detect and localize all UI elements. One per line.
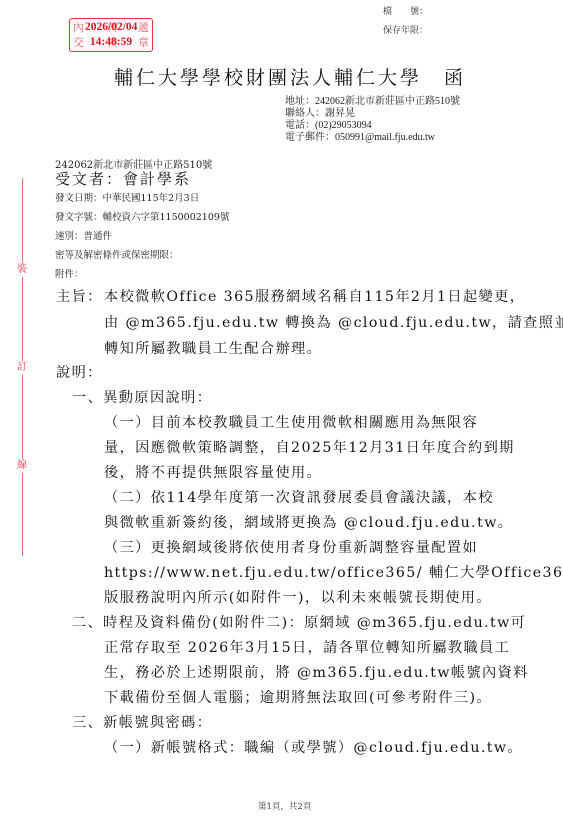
section-line: （二）依114學年度第一次資訊發展委員會議決議，本校 [104, 486, 494, 512]
stamp-right-column: 遞 章 [137, 20, 150, 50]
subject-line: 由 @m365.fju.edu.tw 轉換為 @cloud.fju.edu.tw… [104, 311, 563, 337]
section-heading: 三、新帳號與密碼： [72, 711, 212, 737]
retention-period-label: 保存年限： [383, 22, 428, 41]
section-line: 正常存取至 2026年3月15日，請各單位轉知所屬教職員工 [104, 636, 510, 662]
contact-person: 聯絡人：謝昇晃 [285, 108, 460, 120]
subject-line: 本校微軟Office 365服務網域名稱自115年2月1日起變更， [104, 285, 525, 311]
sender-address: 地址：242062新北市新莊區中正路510號 [285, 96, 460, 108]
stamp-char: 章 [137, 35, 150, 50]
section-line: （一）新帳號格式：職編（或學號）@cloud.fju.edu.tw。 [104, 736, 523, 762]
section-line: （一）目前本校教職員工生使用微軟相關應用為無限容 [104, 411, 478, 437]
issue-number: 發文字號：輔校資六字第1150002109號 [55, 208, 229, 228]
binding-mark-xian: 線 [15, 459, 29, 473]
issue-date: 發文日期：中華民國115年2月3日 [55, 189, 199, 209]
file-number-label: 檔 號： [383, 3, 428, 22]
contact-email: 電子郵件：050991@mail.fju.edu.tw [285, 132, 460, 144]
contact-phone: 電話：(02)29053094 [285, 120, 460, 132]
document-title: 輔仁大學學校財團法人輔仁大學 函 [114, 63, 466, 90]
section-line: （三）更換網域後將依使用者身份重新調整容量配置如 [104, 536, 478, 562]
urgency: 速別：普通件 [55, 227, 112, 247]
sender-contact: 地址：242062新北市新莊區中正路510號 聯絡人：謝昇晃 電話：(02)29… [285, 96, 460, 144]
section-line: 版服務說明內所示(如附件一)，以利未來帳號長期使用。 [104, 586, 492, 612]
recipient: 受文者：會計學系 [55, 168, 191, 189]
stamp-time: 14:48:59 [85, 35, 137, 50]
section-line: 與微軟重新簽約後，網域將更換為 @cloud.fju.edu.tw。 [104, 511, 513, 537]
subject-line: 轉知所屬教職員工生配合辦理。 [104, 337, 322, 363]
binding-mark-zhuang: 裝 [15, 263, 29, 277]
binding-mark-ding: 訂 [15, 361, 29, 375]
stamp-date: 2026/02/04 [85, 20, 137, 35]
explanation-label: 說明： [56, 361, 103, 387]
stamp-datetime: 2026/02/04 14:48:59 [85, 20, 137, 50]
receipt-stamp: 內 交 轉 換 2026/02/04 14:48:59 遞 章 [69, 18, 153, 52]
subject-label: 主旨： [56, 285, 103, 311]
stamp-left-column: 內 交 [72, 20, 85, 50]
stamp-char: 交 [72, 35, 85, 50]
section-line: 下載備份至個人電腦；逾期將無法取回(可參考附件三)。 [104, 686, 492, 712]
section-heading: 一、異動原因說明： [72, 386, 212, 412]
page-indicator: 第1頁，共2頁 [258, 800, 311, 812]
section-line: 量，因應微軟策略調整，自2025年12月31日年度合約到期 [104, 436, 515, 462]
section-line: 後，將不再提供無限容量使用。 [104, 461, 322, 487]
section-line: https://www.net.fju.edu.tw/office365/ 輔仁… [104, 561, 563, 587]
classification: 密等及解密條件或保密期限： [55, 246, 179, 266]
stamp-char: 內 [72, 20, 85, 35]
attachments: 附件： [55, 265, 84, 285]
section-heading: 二、時程及資料備份(如附件二)：原網域 @m365.fju.edu.tw可 [72, 611, 526, 637]
section-line: 生，務必於上述期限前，將 @m365.fju.edu.tw帳號內資料 [104, 661, 529, 687]
stamp-char: 遞 [137, 20, 150, 35]
